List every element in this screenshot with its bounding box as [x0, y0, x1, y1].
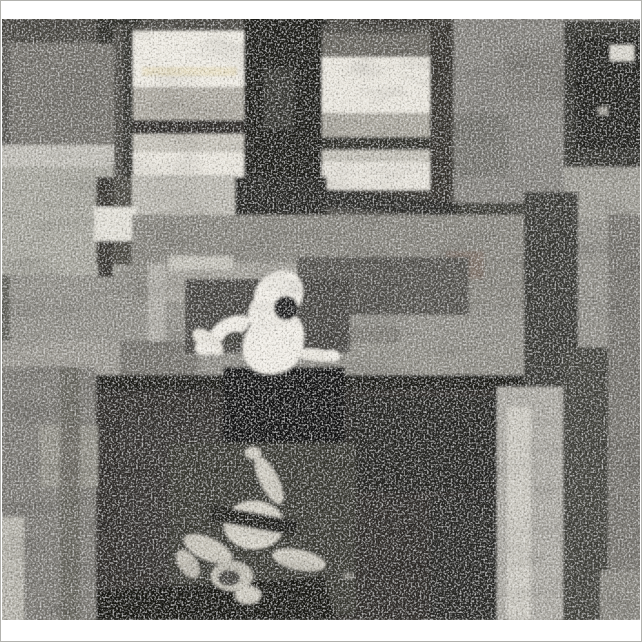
figure-head-shadow — [218, 570, 240, 586]
blind-slat-shadow — [133, 120, 244, 134]
wall-patch — [608, 215, 640, 620]
blind-slat — [322, 162, 430, 190]
figure-face-shadow — [274, 296, 298, 320]
slat-warm-glint — [142, 67, 237, 76]
light-streak — [2, 517, 24, 620]
bright-speck — [94, 207, 136, 241]
blind-slat-shadow — [322, 33, 430, 57]
bright-speck — [598, 107, 608, 115]
window-frame-right — [430, 23, 452, 215]
figure-hand — [324, 350, 340, 362]
wall-patch — [335, 343, 525, 379]
bright-speck — [343, 573, 353, 579]
mullion-speckle — [264, 69, 294, 129]
blind-slat — [133, 87, 244, 120]
photo-frame — [0, 0, 642, 642]
figure-foot — [195, 341, 215, 355]
blind-slat — [133, 31, 244, 87]
blind-slat — [322, 57, 430, 113]
figure-foot — [235, 586, 261, 604]
photograph-scene — [2, 19, 640, 620]
bright-dash — [169, 256, 233, 270]
ledge-beam — [457, 203, 527, 216]
dark-streak — [60, 367, 80, 620]
wall-checker — [454, 114, 509, 176]
blind-slat — [322, 150, 430, 162]
figure-hand — [245, 447, 261, 459]
bright-speck — [610, 45, 634, 61]
awning-shade — [350, 397, 515, 492]
drainpipe-highlight-core — [507, 407, 531, 620]
light-patch — [600, 571, 640, 620]
wall-checker — [504, 47, 562, 102]
photograph — [2, 19, 640, 620]
blind-slat — [133, 134, 244, 152]
blind-slat-shadow — [322, 137, 430, 150]
blind-slat — [322, 113, 430, 137]
photograph-image — [2, 19, 640, 620]
